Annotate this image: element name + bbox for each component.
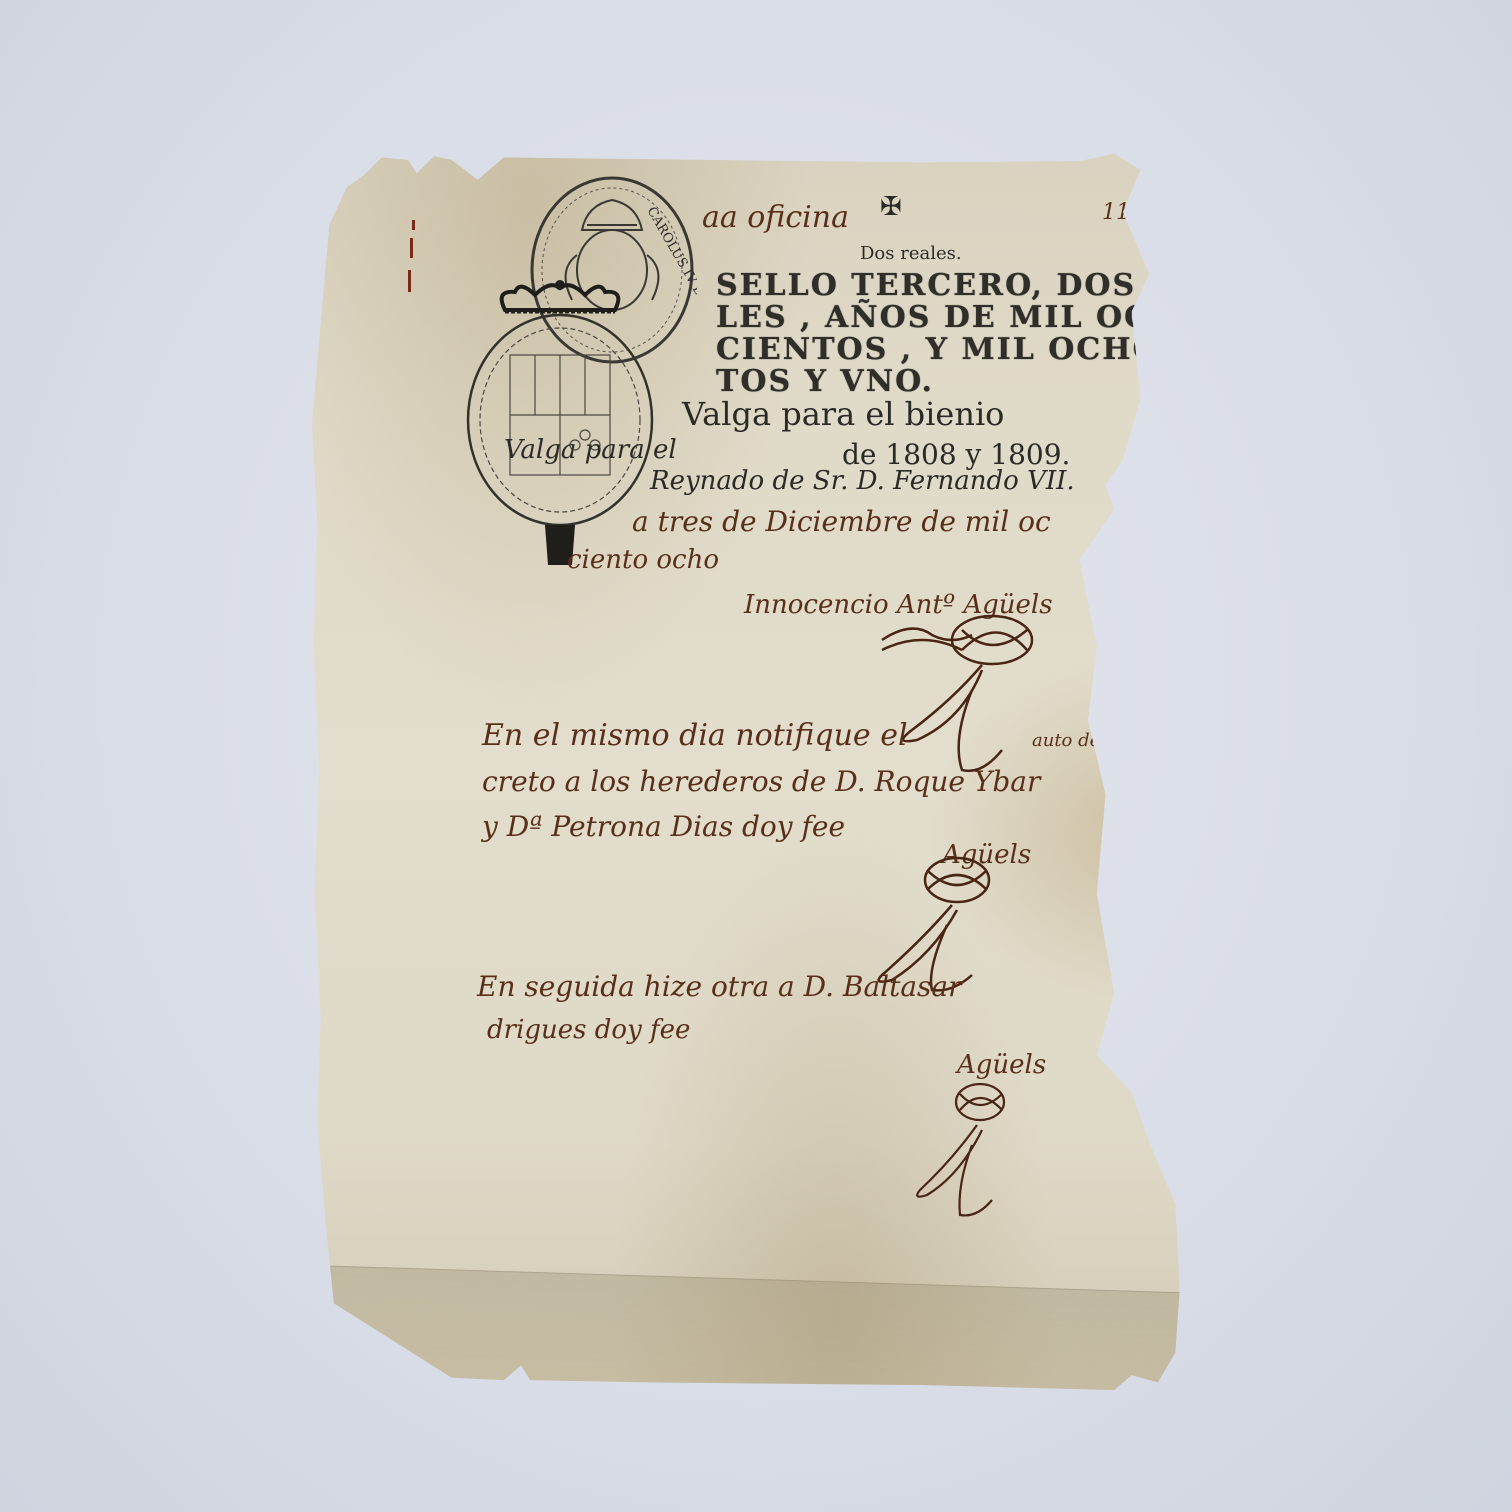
notice-line-1: En el mismo dia notifique el <box>482 718 908 753</box>
notice-line-3: y Dª Petrona Dias doy fee <box>482 810 845 843</box>
date-line-1: a tres de Diciembre de mil oc <box>632 505 1051 538</box>
overprint-fernando: Reynado de Sr. D. Fernando VII. <box>650 466 1075 496</box>
margin-mark <box>412 220 415 230</box>
notice-line-1-end: auto de <box>1032 730 1100 751</box>
paper-fold <box>312 1265 1184 1418</box>
signature-aguels-3: Agüels <box>957 1050 1046 1080</box>
stamp-line-3: CIENTOS , Y MIL OCHOCIEN- <box>716 334 1271 366</box>
notice-line-2: creto a los herederos de D. Roque Ybar <box>482 765 1040 798</box>
second-notice-line-1: En seguida hize otra a D. Baltasar <box>477 970 962 1003</box>
stamp-line-1: SELLO TERCERO, DOS REA- <box>716 270 1240 302</box>
stamp-line-4: TOS Y VNO. <box>716 366 934 398</box>
overprint-valga: Valga para el <box>504 435 677 465</box>
crowned-coat-of-arms-icon <box>460 280 660 570</box>
margin-mark <box>408 270 411 292</box>
signature-rubric-icon <box>872 610 1052 780</box>
date-line-2: ciento ocho <box>567 545 719 575</box>
page-number: 11 <box>1102 200 1130 225</box>
margin-mark <box>410 238 413 258</box>
cross-mark: ✠ <box>880 192 902 222</box>
stamp-value: Dos reales. <box>860 243 962 264</box>
handwritten-office-note: aa oficina <box>702 200 849 235</box>
second-notice-line-2: drigues doy fee <box>487 1015 690 1045</box>
signature-rubric-icon <box>912 1080 1022 1220</box>
valga-bienio: Valga para el bienio <box>682 395 1004 433</box>
document-paper: CAROLUS IV D.G. aa oficina ✠ 11 Dos real… <box>312 150 1184 1390</box>
stamp-line-2: LES , AÑOS DE MIL OCHO- <box>716 302 1224 334</box>
